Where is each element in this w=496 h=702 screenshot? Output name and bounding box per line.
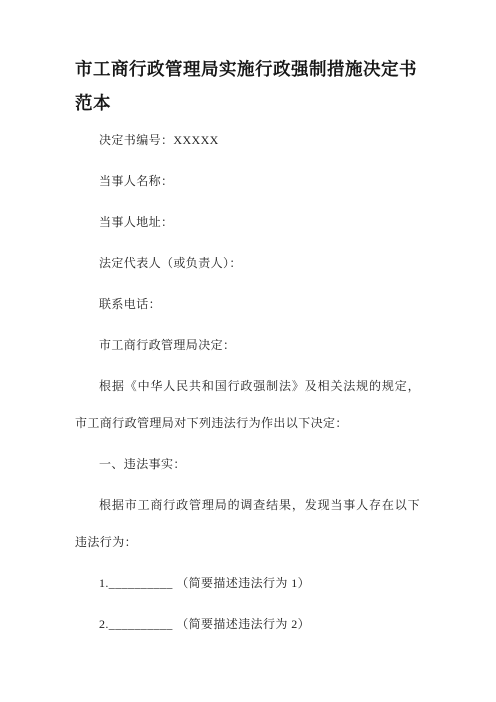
line-decision-intro: 市工商行政管理局决定： [75,327,420,364]
para-legal-basis: 根据《中华人民共和国行政强制法》及相关法规的规定，市工商行政管理局对下列违法行为… [75,368,420,442]
field-party-name: 当事人名称： [75,163,420,200]
para-investigation-result: 根据市工商行政管理局的调查结果，发现当事人存在以下违法行为： [75,487,420,561]
field-decision-number: 决定书编号：XXXXX [75,122,420,159]
document-page: 市工商行政管理局实施行政强制措施决定书范本 决定书编号：XXXXX 当事人名称：… [0,0,496,702]
field-legal-representative: 法定代表人（或负责人）： [75,245,420,282]
doc-title: 市工商行政管理局实施行政强制措施决定书范本 [75,52,420,120]
field-party-address: 当事人地址： [75,204,420,241]
list-item-violation-2: 2.__________ （简要描述违法行为 2） [75,606,420,643]
field-contact-phone: 联系电话： [75,286,420,323]
heading-illegal-facts: 一、违法事实： [75,446,420,483]
list-item-violation-1: 1.__________ （简要描述违法行为 1） [75,565,420,602]
